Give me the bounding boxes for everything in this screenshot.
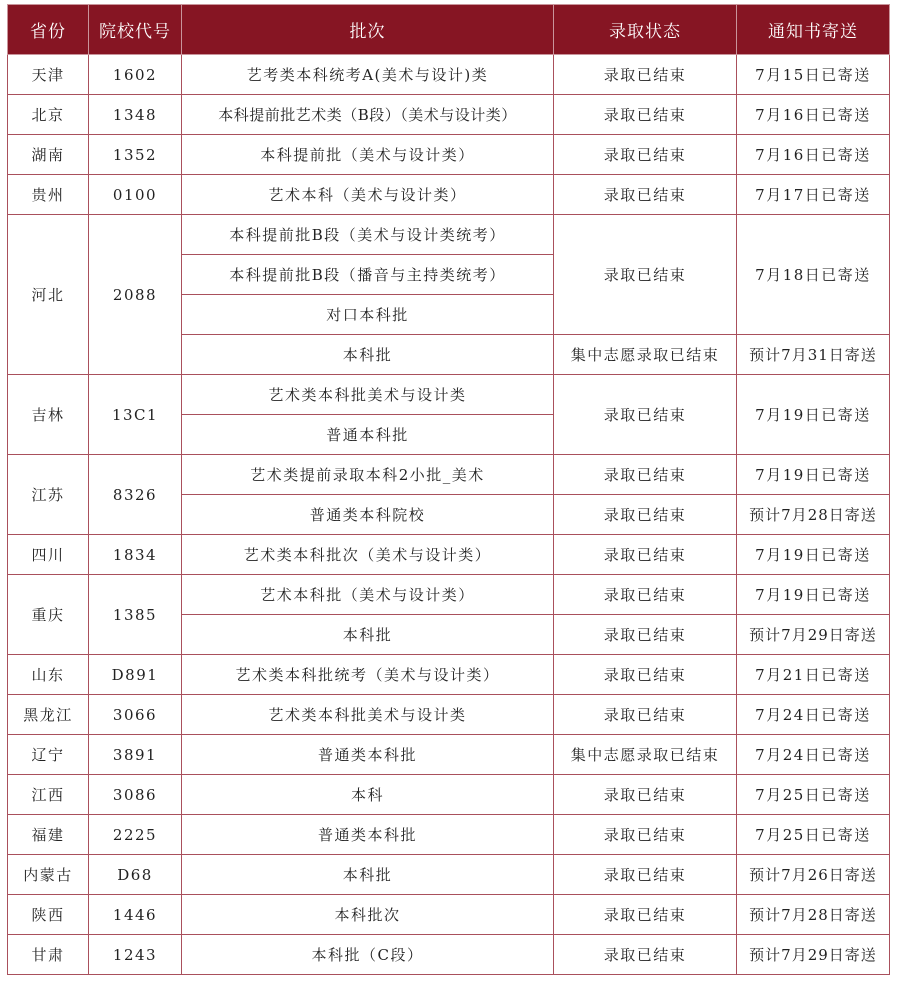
status-cell: 录取已结束 [554,935,737,975]
province-cell: 辽宁 [8,735,89,775]
batch-cell: 本科提前批艺术类（B段）（美术与设计类） [182,95,554,135]
province-cell: 天津 [8,55,89,95]
batch-cell: 对口本科批 [182,295,554,335]
batch-cell: 本科提前批B段（美术与设计类统考） [182,215,554,255]
status-cell: 录取已结束 [554,55,737,95]
notice-cell: 预计7月26日寄送 [737,855,890,895]
status-cell: 集中志愿录取已结束 [554,735,737,775]
status-cell: 录取已结束 [554,495,737,535]
status-cell: 录取已结束 [554,815,737,855]
admission-table: 省份 院校代号 批次 录取状态 通知书寄送 天津 1602 艺考类本科统考A(美… [7,4,890,975]
batch-cell: 艺术类本科批美术与设计类 [182,375,554,415]
status-cell: 集中志愿录取已结束 [554,335,737,375]
province-cell: 山东 [8,655,89,695]
notice-cell: 7月25日已寄送 [737,815,890,855]
table-row: 甘肃 1243 本科批（C段） 录取已结束 预计7月29日寄送 [8,935,890,975]
batch-cell: 本科提前批B段（播音与主持类统考） [182,255,554,295]
status-cell: 录取已结束 [554,175,737,215]
status-cell: 录取已结束 [554,215,737,335]
status-cell: 录取已结束 [554,695,737,735]
batch-cell: 普通本科批 [182,415,554,455]
header-batch: 批次 [182,5,554,55]
table-row: 吉林 13C1 艺术类本科批美术与设计类 录取已结束 7月19日已寄送 [8,375,890,415]
notice-cell: 7月16日已寄送 [737,135,890,175]
code-cell: 1834 [89,535,182,575]
code-cell: 3891 [89,735,182,775]
code-cell: 0100 [89,175,182,215]
table-row: 内蒙古 D68 本科批 录取已结束 预计7月26日寄送 [8,855,890,895]
batch-cell: 艺考类本科统考A(美术与设计)类 [182,55,554,95]
notice-cell: 7月24日已寄送 [737,735,890,775]
batch-cell: 普通类本科院校 [182,495,554,535]
province-cell: 吉林 [8,375,89,455]
batch-cell: 本科 [182,775,554,815]
table-row: 河北 2088 本科提前批B段（美术与设计类统考） 录取已结束 7月18日已寄送 [8,215,890,255]
province-cell: 陕西 [8,895,89,935]
code-cell: D68 [89,855,182,895]
province-cell: 内蒙古 [8,855,89,895]
batch-cell: 艺术类提前录取本科2小批_美术 [182,455,554,495]
batch-cell: 本科批 [182,855,554,895]
province-cell: 福建 [8,815,89,855]
header-province: 省份 [8,5,89,55]
table-row: 江西 3086 本科 录取已结束 7月25日已寄送 [8,775,890,815]
batch-cell: 本科提前批（美术与设计类） [182,135,554,175]
batch-cell: 本科批 [182,335,554,375]
notice-cell: 7月17日已寄送 [737,175,890,215]
notice-cell: 预计7月28日寄送 [737,895,890,935]
province-cell: 江苏 [8,455,89,535]
notice-cell: 7月19日已寄送 [737,575,890,615]
status-cell: 录取已结束 [554,655,737,695]
notice-cell: 预计7月29日寄送 [737,935,890,975]
code-cell: 13C1 [89,375,182,455]
code-cell: 2088 [89,215,182,375]
notice-cell: 7月21日已寄送 [737,655,890,695]
batch-cell: 艺术本科（美术与设计类） [182,175,554,215]
status-cell: 录取已结束 [554,535,737,575]
table-row: 北京 1348 本科提前批艺术类（B段）（美术与设计类） 录取已结束 7月16日… [8,95,890,135]
table-row: 贵州 0100 艺术本科（美术与设计类） 录取已结束 7月17日已寄送 [8,175,890,215]
batch-cell: 艺术类本科批次（美术与设计类） [182,535,554,575]
header-row: 省份 院校代号 批次 录取状态 通知书寄送 [8,5,890,55]
table-row: 福建 2225 普通类本科批 录取已结束 7月25日已寄送 [8,815,890,855]
header-notice: 通知书寄送 [737,5,890,55]
table-row: 江苏 8326 艺术类提前录取本科2小批_美术 录取已结束 7月19日已寄送 [8,455,890,495]
table-row: 山东 D891 艺术类本科批统考（美术与设计类） 录取已结束 7月21日已寄送 [8,655,890,695]
table-row: 四川 1834 艺术类本科批次（美术与设计类） 录取已结束 7月19日已寄送 [8,535,890,575]
batch-cell: 艺术本科批（美术与设计类） [182,575,554,615]
province-cell: 北京 [8,95,89,135]
notice-cell: 7月19日已寄送 [737,535,890,575]
province-cell: 河北 [8,215,89,375]
notice-cell: 7月24日已寄送 [737,695,890,735]
header-status: 录取状态 [554,5,737,55]
batch-cell: 艺术类本科批统考（美术与设计类） [182,655,554,695]
status-cell: 录取已结束 [554,135,737,175]
header-code: 院校代号 [89,5,182,55]
notice-cell: 7月16日已寄送 [737,95,890,135]
table-row: 天津 1602 艺考类本科统考A(美术与设计)类 录取已结束 7月15日已寄送 [8,55,890,95]
code-cell: 3086 [89,775,182,815]
batch-cell: 普通类本科批 [182,735,554,775]
table-row: 重庆 1385 艺术本科批（美术与设计类） 录取已结束 7月19日已寄送 [8,575,890,615]
status-cell: 录取已结束 [554,575,737,615]
notice-cell: 7月25日已寄送 [737,775,890,815]
notice-cell: 预计7月28日寄送 [737,495,890,535]
batch-cell: 本科批次 [182,895,554,935]
table-row: 黑龙江 3066 艺术类本科批美术与设计类 录取已结束 7月24日已寄送 [8,695,890,735]
notice-cell: 7月19日已寄送 [737,455,890,495]
batch-cell: 普通类本科批 [182,815,554,855]
code-cell: 1602 [89,55,182,95]
province-cell: 重庆 [8,575,89,655]
notice-cell: 7月15日已寄送 [737,55,890,95]
code-cell: 8326 [89,455,182,535]
province-cell: 湖南 [8,135,89,175]
table-row: 陕西 1446 本科批次 录取已结束 预计7月28日寄送 [8,895,890,935]
code-cell: D891 [89,655,182,695]
status-cell: 录取已结束 [554,95,737,135]
status-cell: 录取已结束 [554,775,737,815]
table-row: 辽宁 3891 普通类本科批 集中志愿录取已结束 7月24日已寄送 [8,735,890,775]
notice-cell: 预计7月29日寄送 [737,615,890,655]
code-cell: 1348 [89,95,182,135]
province-cell: 贵州 [8,175,89,215]
table-row: 湖南 1352 本科提前批（美术与设计类） 录取已结束 7月16日已寄送 [8,135,890,175]
code-cell: 1352 [89,135,182,175]
status-cell: 录取已结束 [554,895,737,935]
status-cell: 录取已结束 [554,455,737,495]
batch-cell: 本科批 [182,615,554,655]
batch-cell: 本科批（C段） [182,935,554,975]
code-cell: 1385 [89,575,182,655]
code-cell: 3066 [89,695,182,735]
status-cell: 录取已结束 [554,375,737,455]
notice-cell: 7月19日已寄送 [737,375,890,455]
province-cell: 四川 [8,535,89,575]
batch-cell: 艺术类本科批美术与设计类 [182,695,554,735]
province-cell: 黑龙江 [8,695,89,735]
status-cell: 录取已结束 [554,855,737,895]
notice-cell: 7月18日已寄送 [737,215,890,335]
province-cell: 甘肃 [8,935,89,975]
code-cell: 1243 [89,935,182,975]
code-cell: 1446 [89,895,182,935]
status-cell: 录取已结束 [554,615,737,655]
code-cell: 2225 [89,815,182,855]
province-cell: 江西 [8,775,89,815]
notice-cell: 预计7月31日寄送 [737,335,890,375]
